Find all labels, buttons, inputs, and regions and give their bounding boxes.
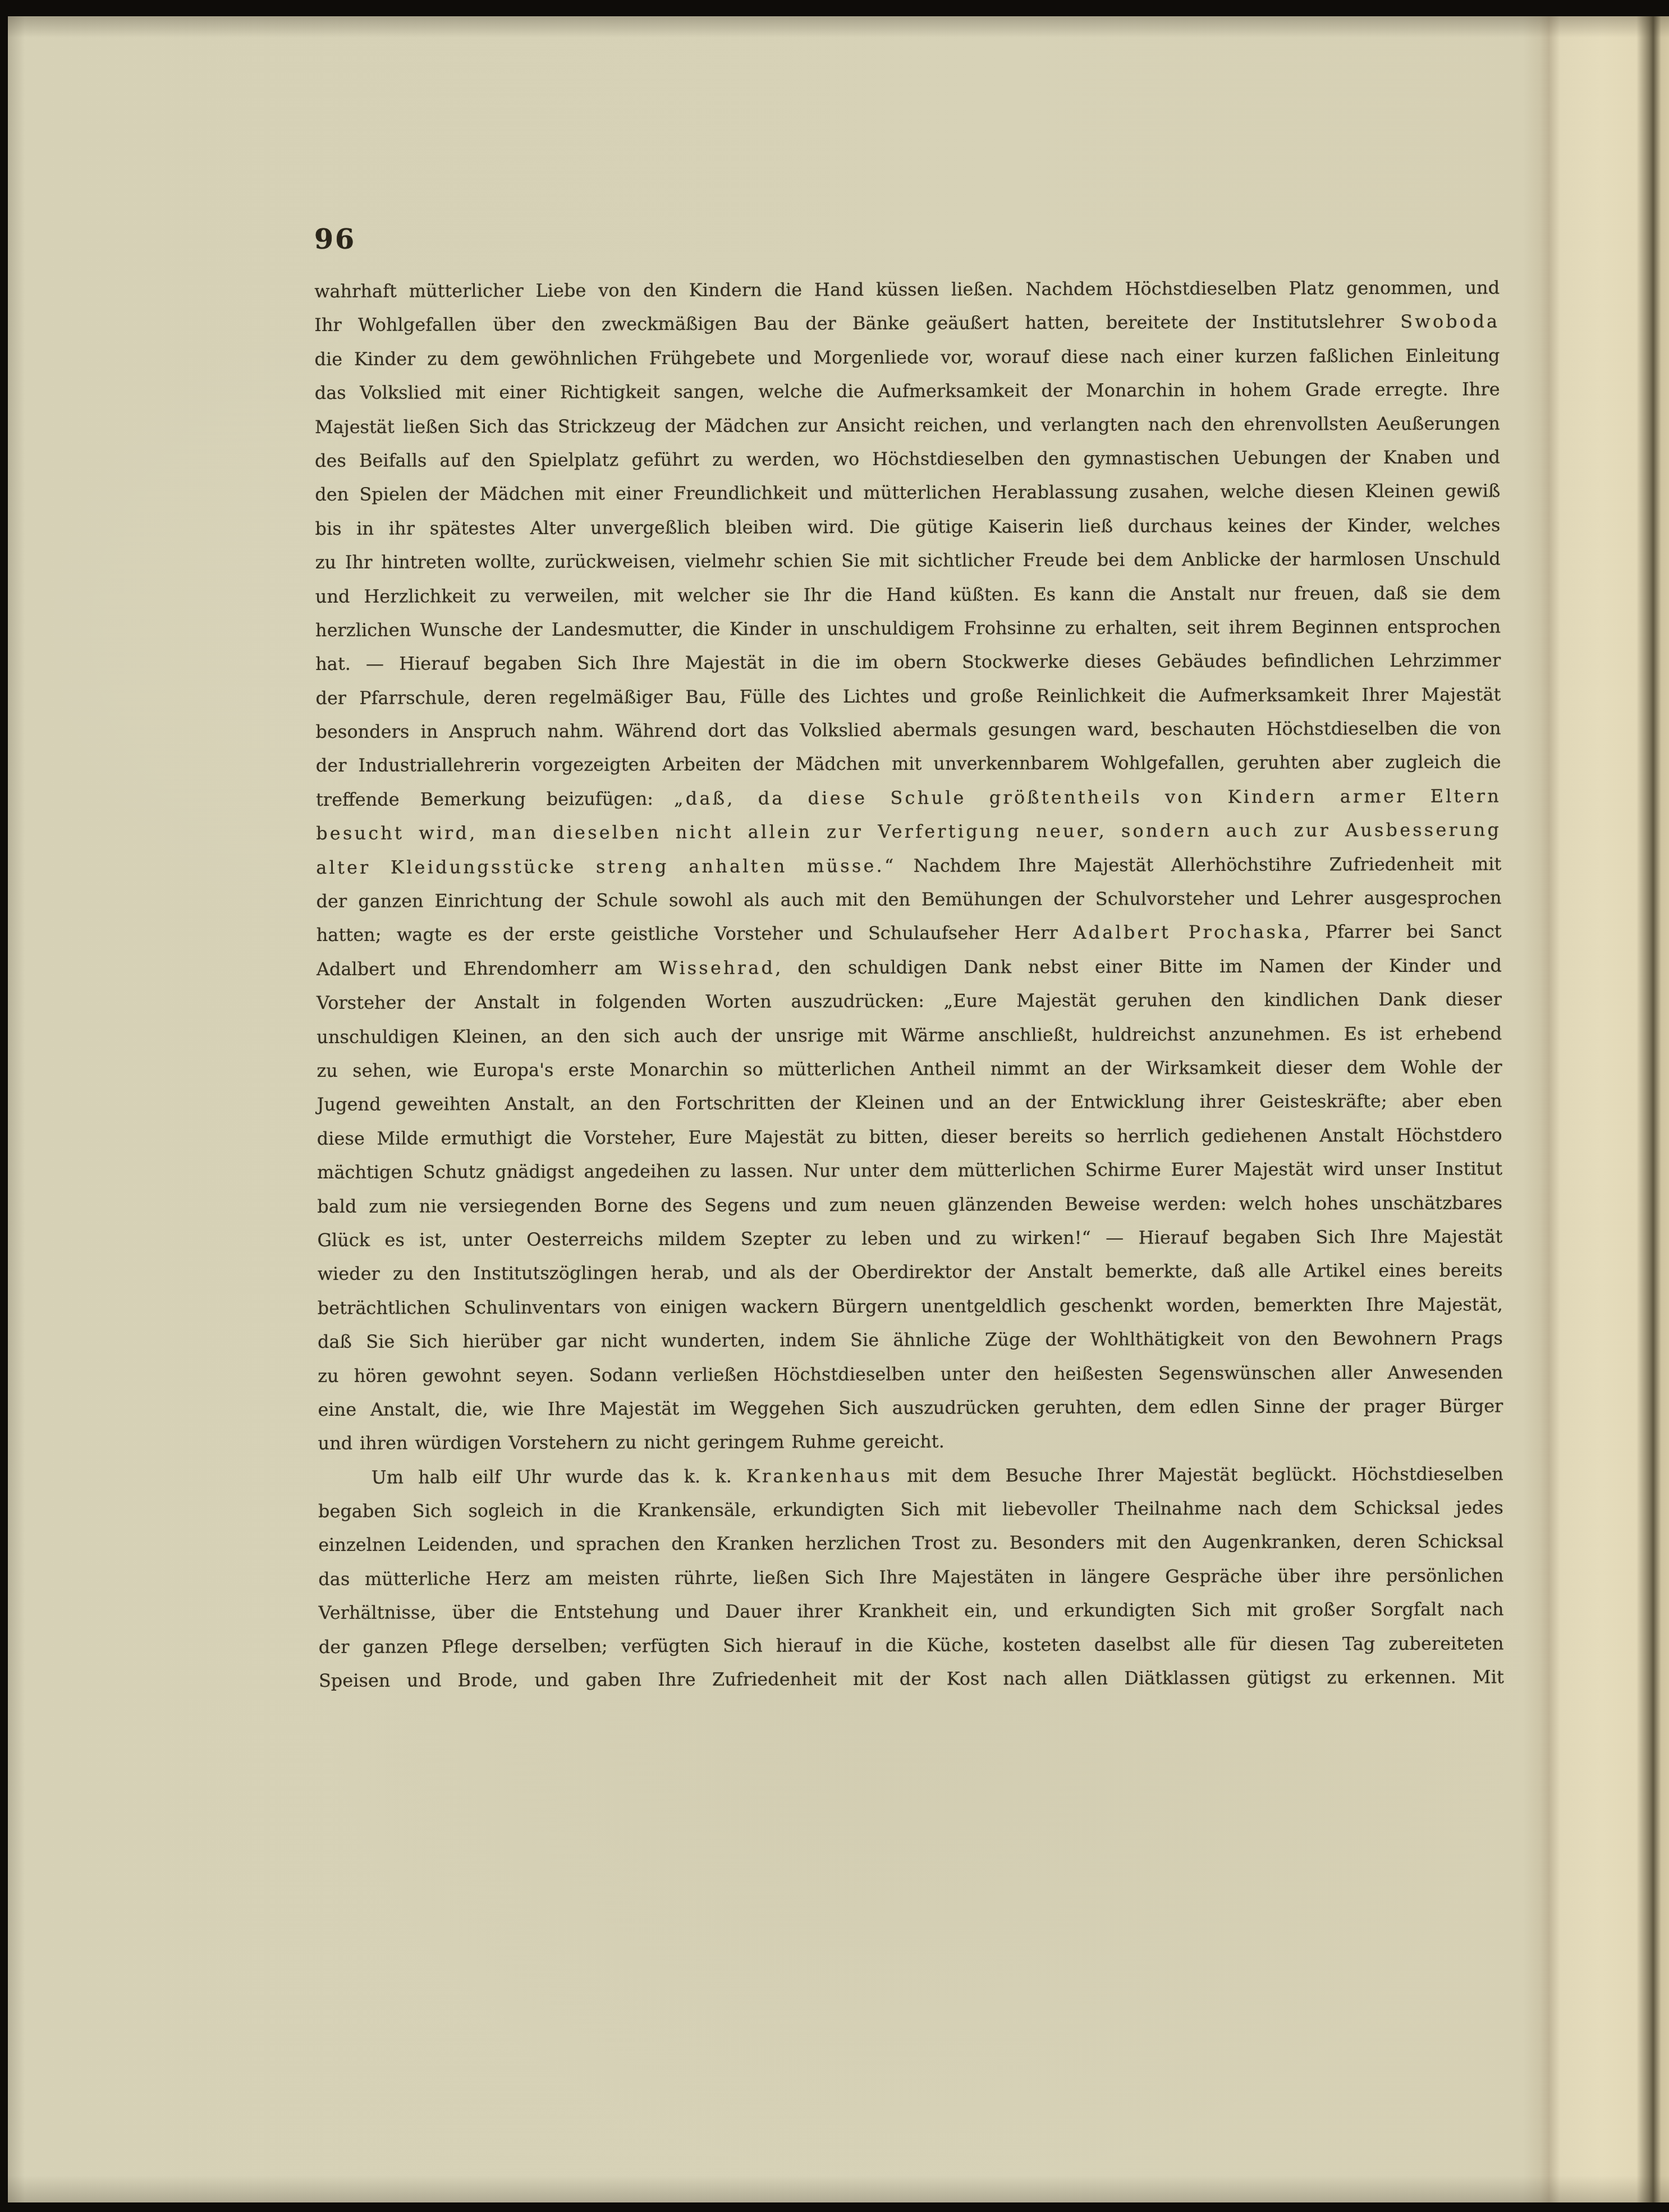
- text-line: diese Milde ermuthigt die Vorsteher, Eur…: [317, 1118, 1502, 1155]
- text-line: den Spielen der Mädchen mit einer Freund…: [315, 474, 1500, 512]
- text-line: treffende Bemerkung beizufügen: „daß, da…: [316, 779, 1501, 816]
- emphasized-text: Krankenhaus: [746, 1465, 892, 1486]
- text-line: bald zum nie versiegenden Borne des Sege…: [317, 1186, 1502, 1223]
- text-segment: begaben Sich sogleich in die Krankensäle…: [318, 1497, 1503, 1522]
- text-segment: zu hören gewohnt seyen. Sodann verließen…: [318, 1361, 1503, 1387]
- text-line: Verhältnisse, über die Entstehung und Da…: [318, 1593, 1503, 1630]
- emphasized-text: Swoboda: [1400, 311, 1500, 333]
- text-segment: zu Ihr hintreten wollte, zurückweisen, v…: [315, 548, 1501, 573]
- text-segment: wieder zu den Institutszöglingen herab, …: [318, 1260, 1503, 1285]
- text-line: mächtigen Schutz gnädigst angedeihen zu …: [317, 1152, 1502, 1190]
- text-line: Speisen und Brode, und gaben Ihre Zufrie…: [319, 1660, 1504, 1697]
- text-segment: und ihren würdigen Vorstehern zu nicht g…: [318, 1431, 944, 1454]
- text-segment: Jugend geweihten Anstalt, an den Fortsch…: [317, 1090, 1502, 1116]
- text-segment: des Beifalls auf den Spielplatz geführt …: [315, 446, 1500, 471]
- text-line: zu sehen, wie Europa's erste Monarchin s…: [317, 1050, 1502, 1087]
- text-segment: Um halb eilf Uhr wurde das k. k.: [372, 1465, 746, 1488]
- text-segment: diese Milde ermuthigt die Vorsteher, Eur…: [317, 1124, 1502, 1149]
- text-line: und Herzlichkeit zu verweilen, mit welch…: [315, 576, 1501, 613]
- text-segment: eine Anstalt, die, wie Ihre Majestät im …: [318, 1395, 1503, 1420]
- text-segment: das mütterliche Herz am meisten rührte, …: [318, 1564, 1503, 1590]
- text-line: der ganzen Einrichtung der Schule sowohl…: [316, 880, 1501, 918]
- text-segment: beträchtlichen Schulinventars von einige…: [318, 1293, 1503, 1319]
- text-segment: herzlichen Wunsche der Landesmutter, die…: [315, 616, 1501, 641]
- paper-sheet: 96 wahrhaft mütterlicher Liebe von den K…: [8, 16, 1669, 2202]
- text-segment: zu sehen, wie Europa's erste Monarchin s…: [317, 1056, 1502, 1081]
- text-segment: den Spielen der Mädchen mit einer Freund…: [315, 480, 1500, 506]
- text-segment: , Pfarrer bei Sanct: [1304, 921, 1502, 943]
- text-segment: hat. — Hierauf begaben Sich Ihre Majestä…: [315, 650, 1501, 675]
- text-line: zu Ihr hintreten wollte, zurückweisen, v…: [315, 541, 1501, 579]
- body-text: wahrhaft mütterlicher Liebe von den Kind…: [314, 270, 1504, 1697]
- text-line: besucht wird, man dieselben nicht allein…: [316, 813, 1501, 851]
- text-line: der ganzen Pflege derselben; verfügten S…: [319, 1626, 1504, 1664]
- text-segment: bis in ihr spätestes Alter unvergeßlich …: [315, 514, 1500, 539]
- text-segment: Speisen und Brode, und gaben Ihre Zufrie…: [319, 1666, 1504, 1691]
- emphasized-text: alter Kleidungsstücke streng anhalten mü…: [316, 855, 896, 878]
- text-line: Glück es ist, unter Oesterreichs mildem …: [317, 1219, 1502, 1257]
- text-segment: der Pfarrschule, deren regelmäßiger Bau,…: [315, 683, 1501, 709]
- book-scan: { "scan": { "background_color": "#0e0c09…: [0, 0, 1669, 2212]
- text-line: der Pfarrschule, deren regelmäßiger Bau,…: [315, 677, 1501, 715]
- text-segment: hatten; wagte es der erste geistliche Vo…: [317, 922, 1074, 946]
- text-segment: der ganzen Einrichtung der Schule sowohl…: [316, 887, 1501, 912]
- text-segment: und Herzlichkeit zu verweilen, mit welch…: [315, 582, 1501, 607]
- text-line: eine Anstalt, die, wie Ihre Majestät im …: [318, 1389, 1503, 1426]
- text-line: hatten; wagte es der erste geistliche Vo…: [317, 915, 1502, 952]
- text-segment: Glück es ist, unter Oesterreichs mildem …: [317, 1226, 1502, 1251]
- text-segment: das Volkslied mit einer Richtigkeit sang…: [315, 379, 1500, 404]
- text-segment: treffende Bemerkung beizufügen:: [316, 788, 674, 810]
- text-line: hat. — Hierauf begaben Sich Ihre Majestä…: [315, 644, 1501, 681]
- text-segment: die Kinder zu dem gewöhnlichen Frühgebet…: [314, 345, 1500, 370]
- text-line: des Beifalls auf den Spielplatz geführt …: [315, 440, 1500, 478]
- page-number: 96: [314, 223, 356, 255]
- text-line: Adalbert und Ehrendomherr am Wissehrad, …: [317, 948, 1502, 986]
- text-line: der Industriallehrerin vorgezeigten Arbe…: [316, 745, 1501, 783]
- text-segment: mit dem Besuche Ihrer Majestät beglückt.…: [892, 1463, 1503, 1486]
- text-line: unschuldigen Kleinen, an den sich auch d…: [317, 1016, 1502, 1054]
- text-line: Ihr Wohlgefallen über den zweckmäßigen B…: [314, 305, 1500, 342]
- text-segment: , den schuldigen Dank nebst einer Bitte …: [775, 954, 1502, 978]
- text-segment: mächtigen Schutz gnädigst angedeihen zu …: [317, 1158, 1502, 1183]
- text-segment: Majestät ließen Sich das Strickzeug der …: [315, 412, 1500, 438]
- text-segment: unschuldigen Kleinen, an den sich auch d…: [317, 1022, 1502, 1048]
- text-segment: wahrhaft mütterlicher Liebe von den Kind…: [314, 277, 1500, 302]
- text-line: Um halb eilf Uhr wurde das k. k. Kranken…: [318, 1457, 1503, 1494]
- text-line: begaben Sich sogleich in die Krankensäle…: [318, 1490, 1503, 1528]
- text-segment: einzelnen Leidenden, und sprachen den Kr…: [318, 1531, 1503, 1556]
- text-line: wahrhaft mütterlicher Liebe von den Kind…: [314, 270, 1500, 308]
- text-line: Vorsteher der Anstalt in folgenden Worte…: [317, 983, 1502, 1020]
- emphasized-text: besucht wird, man dieselben nicht allein…: [316, 819, 1501, 845]
- text-segment: der ganzen Pflege derselben; verfügten S…: [319, 1632, 1504, 1658]
- text-line: wieder zu den Institutszöglingen herab, …: [318, 1254, 1503, 1291]
- text-line: beträchtlichen Schulinventars von einige…: [318, 1287, 1503, 1325]
- text-line: alter Kleidungsstücke streng anhalten mü…: [316, 847, 1501, 884]
- text-line: besonders in Anspruch nahm. Während dort…: [315, 711, 1501, 749]
- text-line: bis in ihr spätestes Alter unvergeßlich …: [315, 508, 1500, 545]
- emphasized-text: „daß, da diese Schule größtentheils von …: [674, 785, 1501, 809]
- emphasized-text: Wissehrad: [659, 957, 775, 979]
- text-line: das Volkslied mit einer Richtigkeit sang…: [315, 373, 1500, 410]
- text-segment: Ihr Wohlgefallen über den zweckmäßigen B…: [314, 311, 1400, 336]
- text-segment: Vorsteher der Anstalt in folgenden Worte…: [317, 989, 1502, 1014]
- text-line: daß Sie Sich hierüber gar nicht wunderte…: [318, 1321, 1503, 1359]
- text-segment: bald zum nie versiegenden Borne des Sege…: [317, 1192, 1502, 1217]
- text-segment: Verhältnisse, über die Entstehung und Da…: [318, 1599, 1503, 1624]
- text-line: und ihren würdigen Vorstehern zu nicht g…: [318, 1423, 1503, 1461]
- text-line: einzelnen Leidenden, und sprachen den Kr…: [318, 1525, 1503, 1562]
- text-line: Majestät ließen Sich das Strickzeug der …: [315, 406, 1500, 444]
- text-line: Jugend geweihten Anstalt, an den Fortsch…: [317, 1084, 1502, 1122]
- text-line: die Kinder zu dem gewöhnlichen Frühgebet…: [314, 338, 1500, 376]
- text-segment: Nachdem Ihre Majestät Allerhöchstihre Zu…: [896, 853, 1501, 876]
- text-segment: Adalbert und Ehrendomherr am: [317, 957, 659, 980]
- text-line: zu hören gewohnt seyen. Sodann verließen…: [318, 1355, 1503, 1393]
- text-segment: der Industriallehrerin vorgezeigten Arbe…: [316, 751, 1501, 777]
- text-segment: besonders in Anspruch nahm. Während dort…: [316, 717, 1501, 742]
- text-line: das mütterliche Herz am meisten rührte, …: [318, 1558, 1503, 1596]
- text-segment: daß Sie Sich hierüber gar nicht wunderte…: [318, 1327, 1503, 1352]
- text-line: herzlichen Wunsche der Landesmutter, die…: [315, 609, 1501, 647]
- emphasized-text: Adalbert Prochaska: [1073, 921, 1304, 943]
